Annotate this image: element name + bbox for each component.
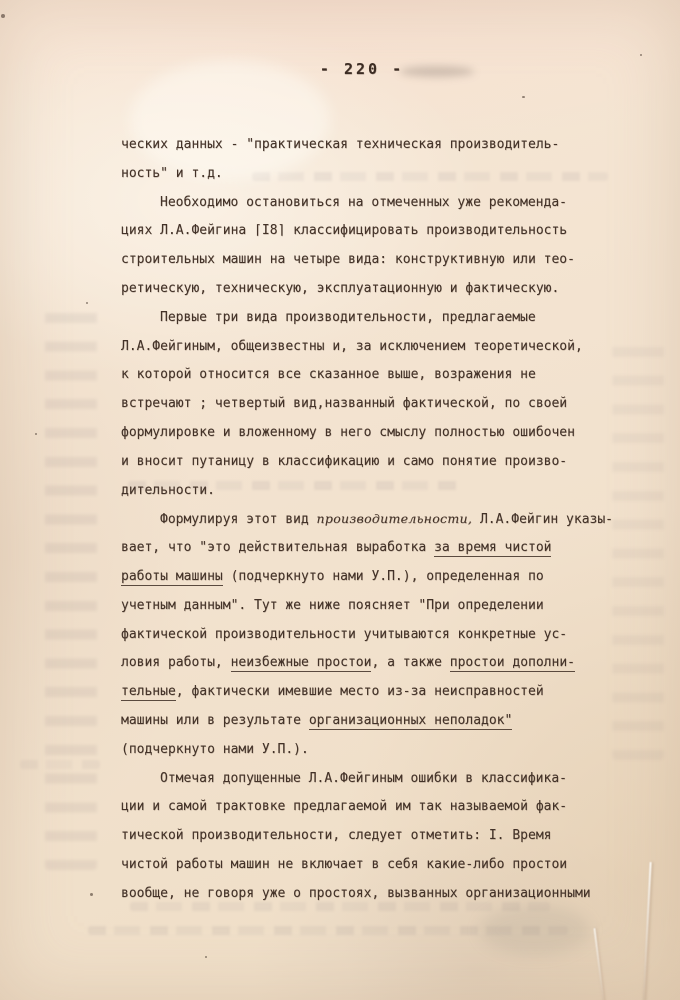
text-line: тической производительности, следует отм… bbox=[121, 822, 601, 851]
typewritten-text: встречают ; четвертый вид,названный факт… bbox=[121, 396, 567, 411]
text-line: (подчеркнуто нами У.П.). bbox=[121, 736, 601, 765]
text-line: формулировке и вложенному в него смыслу … bbox=[121, 419, 601, 448]
bleed-through-left-margin bbox=[45, 300, 97, 870]
underlined-text: за время чистой bbox=[434, 540, 551, 557]
paper-stain bbox=[480, 905, 590, 955]
scanned-typescript-page: { "page": { "number": "- 220 -", "paragr… bbox=[0, 0, 680, 1000]
text-line: Первые три вида производительности, пред… bbox=[121, 304, 601, 333]
typewritten-text: (подчеркнуто нами У.П.). bbox=[121, 742, 309, 757]
text-line: тельные, фактически имевшие место из-за … bbox=[121, 678, 601, 707]
paper-crease bbox=[593, 928, 604, 1000]
typewritten-text: фактической производительности учитывают… bbox=[121, 627, 567, 642]
typewritten-text: , фактически имевшие место из-за неиспра… bbox=[176, 684, 544, 699]
text-line: дительности. bbox=[121, 477, 601, 506]
ink-speckle bbox=[90, 893, 93, 896]
typewritten-text: к которой относится все сказанное выше, … bbox=[121, 367, 536, 382]
typewritten-text: Первые три вида производительности, пред… bbox=[160, 310, 536, 325]
ink-speckle bbox=[205, 956, 207, 958]
ink-speckle bbox=[522, 96, 525, 98]
text-line: вает, что "это действительная выработка … bbox=[121, 534, 601, 563]
text-line: Формулируя этот вид производительности, … bbox=[121, 505, 601, 534]
underlined-text: простои дополни- bbox=[450, 655, 575, 672]
underlined-text: работы машины bbox=[121, 569, 223, 586]
text-line: и вносит путаницу в классификацию и само… bbox=[121, 448, 601, 477]
bleed-through-right-margin bbox=[612, 330, 664, 760]
typewritten-text: (подчеркнуто нами У.П.), определенная по bbox=[223, 569, 544, 584]
typewritten-text: ность" и т.д. bbox=[121, 166, 223, 181]
text-line: работы машины (подчеркнуто нами У.П.), о… bbox=[121, 563, 601, 592]
typewritten-text: машины или в результате bbox=[121, 713, 309, 728]
text-line: машины или в результате организационных … bbox=[121, 707, 601, 736]
text-line: к которой относится все сказанное выше, … bbox=[121, 361, 601, 390]
ink-speckle bbox=[35, 433, 37, 435]
handwritten-insert: производительности, bbox=[317, 511, 473, 526]
text-line: вообще, не говоря уже о простоях, вызван… bbox=[121, 880, 601, 909]
typewritten-text: ретическую, техническую, эксплуатационну… bbox=[121, 281, 559, 296]
text-line: учетным данным". Тут же ниже поясняет "П… bbox=[121, 592, 601, 621]
typewritten-text: тической производительности, следует отм… bbox=[121, 828, 551, 843]
typewritten-text: ловия работы, bbox=[121, 655, 231, 670]
typewritten-text: Отмечая допущенные Л.А.Фейгиным ошибки в… bbox=[160, 771, 567, 786]
page-number: - 220 - bbox=[22, 60, 680, 78]
typewritten-text: формулировке и вложенному в него смыслу … bbox=[121, 425, 575, 440]
typewritten-text: вообще, не говоря уже о простоях, вызван… bbox=[121, 886, 591, 901]
underlined-text: тельные bbox=[121, 684, 176, 701]
typewritten-text: ческих данных - "практическая техническа… bbox=[121, 137, 559, 152]
text-block: ческих данных - "практическая техническа… bbox=[121, 131, 601, 909]
typewritten-text: Формулируя этот вид bbox=[160, 512, 317, 527]
text-line: Отмечая допущенные Л.А.Фейгиным ошибки в… bbox=[121, 765, 601, 794]
text-line: строительных машин на четыре вида: конст… bbox=[121, 246, 601, 275]
text-line: Необходимо остановиться на отмеченных уж… bbox=[121, 189, 601, 218]
typewritten-text: дительности. bbox=[121, 483, 215, 498]
typewritten-text: и вносит путаницу в классификацию и само… bbox=[121, 454, 567, 469]
typewritten-text: Л.А.Фейгин указы- bbox=[472, 512, 613, 527]
ink-smear bbox=[400, 66, 474, 77]
text-line: встречают ; четвертый вид,названный факт… bbox=[121, 390, 601, 419]
text-line: ческих данных - "практическая техническа… bbox=[121, 131, 601, 160]
ink-speckle bbox=[1, 14, 5, 18]
text-line: циях Л.А.Фейгина ⌈I8⌉ классифицировать п… bbox=[121, 217, 601, 246]
typewritten-text: циях Л.А.Фейгина ⌈I8⌉ классифицировать п… bbox=[121, 223, 567, 238]
ink-speckle bbox=[640, 54, 642, 56]
text-line: Л.А.Фейгиным, общеизвестны и, за исключе… bbox=[121, 333, 601, 362]
typewritten-text: вает, что "это действительная выработка bbox=[121, 540, 434, 555]
text-line: фактической производительности учитывают… bbox=[121, 621, 601, 650]
typewritten-text: ции и самой трактовке предлагаемой им та… bbox=[121, 799, 567, 814]
paper-crease bbox=[642, 862, 651, 1000]
typewritten-text: строительных машин на четыре вида: конст… bbox=[121, 252, 575, 267]
underlined-text: неизбежные простои bbox=[231, 655, 372, 672]
typewritten-text: учетным данным". Тут же ниже поясняет "П… bbox=[121, 598, 544, 613]
typewritten-text: , а также bbox=[371, 655, 449, 670]
text-line: ловия работы, неизбежные простои, а такж… bbox=[121, 649, 601, 678]
text-line: ность" и т.д. bbox=[121, 160, 601, 189]
text-line: ретическую, техническую, эксплуатационну… bbox=[121, 275, 601, 304]
bleed-through-smudge bbox=[20, 760, 100, 769]
typewritten-text: чистой работы машин не включает в себя к… bbox=[121, 857, 567, 872]
text-line: чистой работы машин не включает в себя к… bbox=[121, 851, 601, 880]
underlined-text: организационных неполадок" bbox=[309, 713, 513, 730]
typewritten-text: Л.А.Фейгиным, общеизвестны и, за исключе… bbox=[121, 339, 583, 354]
typewritten-text: Необходимо остановиться на отмеченных уж… bbox=[160, 195, 567, 210]
text-line: ции и самой трактовке предлагаемой им та… bbox=[121, 793, 601, 822]
ink-speckle bbox=[86, 302, 88, 304]
